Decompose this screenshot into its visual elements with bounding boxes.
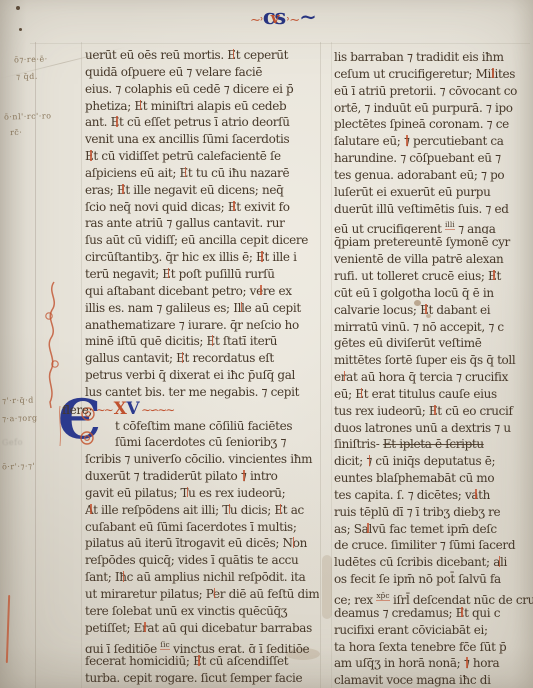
text-line: gavit eū pilatus; Tu es rex iudeorū; xyxy=(85,485,319,502)
text-line: phetiza; Et miniſtri alapis eū cedeb xyxy=(85,98,319,115)
ruling-line-top xyxy=(30,43,530,44)
text-line: venit una ex ancillis ſūmi ſacerdotis xyxy=(85,131,319,148)
marginal-gloss: Gefo xyxy=(2,438,23,448)
text-line: ſalutare eū; ⁊ percutiebant ca xyxy=(334,133,533,150)
text-line: tes genua. adorabant eū; ⁊ po xyxy=(334,167,533,184)
text-line: tus rex iudeorū; Et cū eo crucif xyxy=(334,403,533,420)
text-line: euntes blaſphemabāt cū mo xyxy=(334,470,533,487)
text-line: q̄piam pretereuntē ſymonē cyr xyxy=(334,234,533,251)
text-line: qui ī ſeditiōe ſic vinctus erat. q̄ ī ſe… xyxy=(85,637,319,654)
text-line: t cōfeſtim mane cōſiliū faciētes xyxy=(85,418,319,435)
text-line: ſiniſtris- Et ipleta ē ſcriptu xyxy=(334,436,533,453)
text-line: petrus verbi q̄ dixerat ei iħc p̄uſq̄ ga… xyxy=(85,367,319,384)
text-line: minē iſtū quē dicitis; Et ſtatī iterū xyxy=(85,333,319,350)
text-line: gallus cantavit; Et recordatus eſt xyxy=(85,350,319,367)
text-line: duerūt illū veſtimētis ſuis. ⁊ ed xyxy=(334,201,533,218)
text-line: rucifixi erant cōviciabāt ei; xyxy=(334,622,533,639)
text-line: illis es. nam ⁊ galileus es; Ille aū cep… xyxy=(85,300,319,317)
text-line: mirratū vinū. ⁊ nō accepit, ⁊ c xyxy=(334,319,533,336)
text-line: gētes eū diviſerūt veſtimē xyxy=(334,335,533,352)
text-line: pilatus aū iterū ītrogavit eū dicēs; Non xyxy=(85,535,319,552)
manuscript-leaf: ∼˒cvs˒∼∼ ō⁊·re·ē·⁊ q̄d.ō·nl'·rc'·rorc̄·⁊… xyxy=(0,0,533,688)
text-line: aſpiciens eū ait; Et tu cū iħu nazarē xyxy=(85,165,319,182)
text-line: cūt eū ī golgotha locū q̄ ē in xyxy=(334,285,533,302)
text-line: ruis tēplū dī ⁊ ī tribʒ diebʒ re xyxy=(334,504,533,521)
text-line: flere; ∼∼ XV ∼∽∼∼ xyxy=(62,401,319,418)
text-line: eū; Et erat titulus cauſe eius xyxy=(334,386,533,403)
red-penwork-tail xyxy=(6,595,10,663)
text-line: ras ante atriū ⁊ gallus cantavit. rur xyxy=(85,215,319,232)
text-line: cuſabant eū ſūmi ſacerdotes ī multis; xyxy=(85,519,319,536)
text-line: uerūt eū oēs reū mortis. Et ceperūt xyxy=(85,47,319,64)
text-line: ta hora ſexta tenebre fc̄e ſūt p̄ xyxy=(334,639,533,656)
text-line: fecerat homicidiū; Et cū aſcendiſſet xyxy=(85,653,319,670)
ink-speck xyxy=(19,28,22,31)
marginal-gloss: rc̄· xyxy=(10,128,23,137)
text-line: dicit; ⁊ cū iniq̄s deputatus ē; xyxy=(334,453,533,470)
text-line: ortē, ⁊ induūt eū purpurā. ⁊ ipo xyxy=(334,100,533,117)
text-line: clamavit voce magna iħc di xyxy=(334,672,533,688)
text-line: as; Salvū fac temet ipm̄ deſc xyxy=(334,521,533,538)
text-line: anathematizare ⁊ iurare. q̄r neſcio ho xyxy=(85,317,319,334)
text-line: deamus ⁊ credamus; Et qui c xyxy=(334,605,533,622)
text-line: ludētes cū ſcribis dicebant; ali xyxy=(334,554,533,571)
text-line: qui aſtabant dicebant petro; vere ex xyxy=(85,283,319,300)
ruling-line-left-margin xyxy=(35,42,36,688)
text-line: circūſtantibʒ. q̄r hic ex illis ē; Et il… xyxy=(85,249,319,266)
marginal-gloss: ⁊ q̄d. xyxy=(16,72,38,82)
text-line: duxerūt ⁊ tradiderūt pilato ⁊ intro xyxy=(85,468,319,485)
ink-speck xyxy=(16,6,20,10)
text-line: luſerūt ei exuerūt eū purpu xyxy=(334,184,533,201)
text-line: ant. Et cū eſſet petrus ī atrio deorſū xyxy=(85,114,319,131)
text-column-left: uerūt eū oēs reū mortis. Et ceperūtquidā… xyxy=(85,47,319,687)
text-line: quidā oſpuere eū ⁊ velare faciē xyxy=(85,64,319,81)
text-line: turba. cepit rogare. ſicut ſemper facie xyxy=(85,670,319,687)
ruling-line-gutter-a xyxy=(320,42,321,688)
text-line: tes capita. ſ. ⁊ dicētes; vath xyxy=(334,487,533,504)
text-line: ∼˒cvs˒∼∼ xyxy=(250,4,317,30)
text-line: Et cū vidiſſet petrū calefacientē ſe xyxy=(85,148,319,165)
text-line: ſūmi ſacerdotes cū ſenioribʒ ⁊ xyxy=(85,434,319,451)
text-line: plectētes ſpineā coronam. ⁊ ce xyxy=(334,116,533,133)
marginal-gloss: ⁊·a·⁊org xyxy=(2,414,38,424)
text-line: ſus aūt cū vidiſſ; eū ancilla cepit dice… xyxy=(85,232,319,249)
text-line: reſpōdes quicq̄; vides ī quātis te accu xyxy=(85,552,319,569)
text-line: tere ſolebat unū ex vinctis quēcūq̄ʒ xyxy=(85,603,319,620)
text-line: eū ī atriū pretorii. ⁊ cōvocant co xyxy=(334,83,533,100)
text-line: calvarie locus; Et dabant ei xyxy=(334,302,533,319)
text-line: ut miraretur pilatus; Per diē aū feſtū d… xyxy=(85,586,319,603)
text-line: petiſſet; Erat aū qui dicebatur barrabas xyxy=(85,620,319,637)
marginal-gloss: ō·nl'·rc'·ro xyxy=(4,111,52,121)
text-line: ſcribis ⁊ univerſo cōcilio. vincientes i… xyxy=(85,451,319,468)
text-line: os fecit ſe ipm̄ nō pot̄ ſalvū fa xyxy=(334,571,533,588)
marginal-gloss: ō⁊·re·ē· xyxy=(14,55,48,65)
text-column-right: lis barraban ⁊ tradidit eis iħmceſum ut … xyxy=(334,49,533,688)
text-line: de cruce. ſimiliter ⁊ ſūmi ſacerd xyxy=(334,537,533,554)
text-line: mittētes ſortē ſuper eis q̄s q̄ toll xyxy=(334,352,533,369)
marginal-gloss: ō·r'·⁊·⁊' xyxy=(2,462,35,472)
running-title: ∼˒cvs˒∼∼ xyxy=(250,2,317,32)
text-line: venientē de villa patrē alexan xyxy=(334,251,533,268)
text-line: lus cantet bis. ter me negabis. ⁊ cepit xyxy=(85,384,319,401)
text-line: lis barraban ⁊ tradidit eis iħm xyxy=(334,49,533,66)
text-line: ceſum ut crucifigeretur; Milites xyxy=(334,66,533,83)
gutter-smudge xyxy=(322,555,332,619)
text-line: eū ut crucifigerent illi ⁊ anga xyxy=(334,217,533,234)
text-line: am uſq̄ʒ in horā nonā; ⁊ hora xyxy=(334,655,533,672)
text-line: harundine. ⁊ cōſpuebant eū ⁊ xyxy=(334,150,533,167)
text-line: erat aū hora q̄ tercia ⁊ crucifix xyxy=(334,369,533,386)
text-line: At ille reſpōdens ait illi; Tu dicis; Et… xyxy=(85,502,319,519)
text-line: eras; Et ille negavit eū dicens; neq̄ xyxy=(85,182,319,199)
text-line: terū negavit; Et poſt puſillū rurſū xyxy=(85,266,319,283)
marginal-gloss: ⁊'·r·q̄·d xyxy=(2,396,34,406)
text-line: duos latrones unū a dextris ⁊ u xyxy=(334,420,533,437)
text-line: rufi. ut tolleret crucē eius; Et xyxy=(334,268,533,285)
ruling-line-left-column xyxy=(81,42,82,688)
text-line: ce; rex xp̄c iſrl̄ deſcendat nūc de cru xyxy=(334,588,533,605)
text-line: ſcio neq̄ novi quid dicas; Et exivit fo xyxy=(85,199,319,216)
text-line: eius. ⁊ colaphis eū cedē ⁊ dicere ei p̄ xyxy=(85,81,319,98)
text-line: ſant; Iħc aū amplius nichil reſpōdit. it… xyxy=(85,569,319,586)
